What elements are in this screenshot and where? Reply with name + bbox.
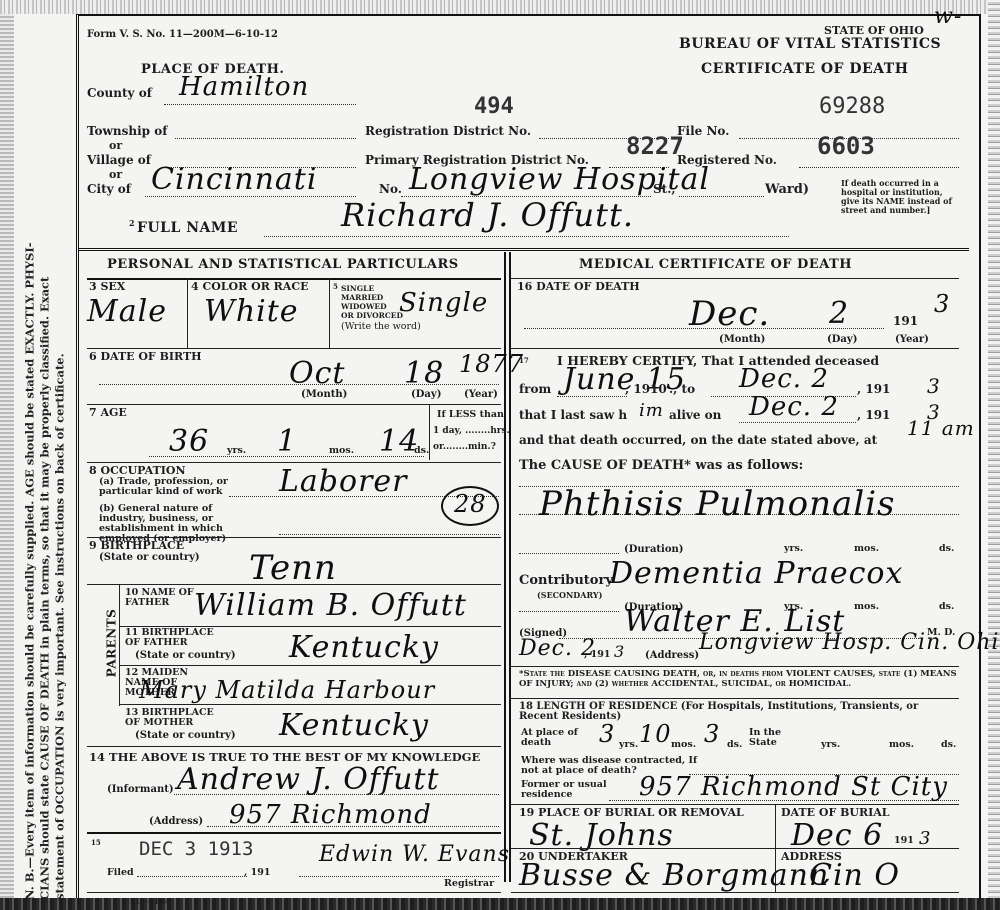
informant-address-value: 957 Richmond: [229, 800, 432, 830]
at-place-label: At place of death: [521, 728, 581, 748]
physician-address-label: (Address): [645, 650, 699, 661]
age-years: 36: [169, 424, 209, 459]
sex-value: Male: [87, 294, 167, 329]
mother-birthplace-hint: (State or country): [135, 730, 236, 741]
marital-hint: (Write the word): [341, 321, 421, 332]
dod-year-caption: (Year): [895, 334, 929, 345]
occupation-code: 28: [454, 490, 487, 518]
undertaker-address-value: Cin O: [809, 858, 900, 893]
less-than-line-2: 1 day, ........hrs.: [433, 426, 510, 436]
mother-birthplace-value: Kentucky: [279, 708, 429, 743]
age-mos-unit: mos.: [329, 446, 354, 456]
age-yrs-unit: yrs.: [227, 446, 246, 456]
informant-value: Andrew J. Offutt: [177, 762, 440, 797]
full-name-label: FULL NAME: [137, 220, 238, 236]
res-mos-unit: mos.: [671, 740, 696, 750]
father-birthplace-label: 11 BIRTHPLACE OF FATHER: [125, 628, 215, 648]
to-label: ., to: [669, 382, 695, 396]
physician-address-value: Longview Hosp. Cin. Ohio: [699, 630, 1000, 655]
alive-on-label: alive on: [669, 408, 721, 422]
res-years: 3: [599, 720, 615, 748]
full-name-number: 2: [129, 218, 135, 228]
filed-stamp: DEC 3 1913: [139, 838, 253, 860]
former-residence-label: Former or usual residence: [521, 780, 616, 800]
registered-no-value: 6603: [817, 132, 875, 160]
dob-day: 18: [404, 356, 444, 391]
from-year: , 1910: [625, 382, 667, 396]
dod-day-caption: (Day): [827, 334, 857, 345]
contributory-label: Contributory: [519, 573, 613, 588]
birthplace-value: Tenn: [249, 548, 337, 588]
cause-heading: The CAUSE OF DEATH* was as follows:: [519, 458, 803, 473]
street-no-label: No.: [379, 182, 402, 196]
village-label: Village of: [87, 153, 151, 167]
registration-district-value: 494: [474, 94, 514, 119]
death-certificate-form: Form V. S. No. 11—200M—6-10-12 STATE OF …: [76, 14, 981, 898]
dob-label: 6 DATE OF BIRTH: [89, 350, 202, 363]
footnote: *State the DISEASE CAUSING DEATH, or, in…: [519, 669, 959, 689]
scan-noise-right: [988, 0, 1000, 910]
hospital-note: If death occurred in a hospital or insti…: [841, 179, 956, 215]
occupation-a-label: (a) Trade, profession, or particular kin…: [99, 477, 249, 497]
dod-label: 16 DATE OF DEATH: [517, 280, 640, 293]
dod-day: 2: [829, 296, 849, 331]
dob-month: Oct: [289, 356, 345, 391]
dob-year: 1877: [459, 350, 524, 378]
undertaker-value: Busse & Borgmann: [519, 858, 829, 893]
dob-day-caption: (Day): [411, 389, 441, 400]
state-yrs-unit: yrs.: [821, 740, 840, 750]
ward-label: Ward): [765, 182, 809, 197]
mother-birthplace-label: 13 BIRTHPLACE OF MOTHER: [125, 708, 215, 728]
filed-label: Filed: [107, 868, 134, 878]
township-label: Township of: [87, 124, 167, 138]
scan-noise-left: [0, 14, 14, 898]
cause-ds: ds.: [939, 544, 954, 554]
last-saw-label: that I last saw h: [519, 408, 627, 422]
full-name-value: Richard J. Offutt.: [341, 196, 634, 234]
certify-number: 17: [519, 356, 529, 366]
to-year-suffix: 3: [927, 374, 941, 398]
occupation-value: Laborer: [279, 464, 408, 499]
dob-month-caption: (Month): [301, 389, 347, 400]
alive-on-value: Dec. 2: [749, 392, 839, 422]
scan-noise-top: [0, 0, 1000, 14]
race-label: 4 COLOR OR RACE: [191, 280, 308, 293]
marital-value: Single: [399, 288, 488, 318]
county-value: Hamilton: [179, 72, 309, 102]
parents-label: PARENTS: [104, 609, 118, 678]
contributory-value: Dementia Praecox: [609, 556, 903, 591]
contributory-mos: mos.: [854, 602, 879, 612]
margin-instructions: N. B.—Every item of information should b…: [14, 60, 76, 900]
dod-year-suffix: 3: [934, 290, 950, 318]
dod-year-prefix: 191: [893, 314, 918, 328]
or-2: or: [109, 168, 122, 181]
cause-mos: mos.: [854, 544, 879, 554]
less-than-line-3: or........min.?: [433, 442, 496, 452]
file-no-label: File No.: [677, 124, 729, 138]
less-than-line-1: If LESS than: [437, 410, 504, 420]
age-ds-unit: ds.: [414, 446, 429, 456]
mother-name-value: Mary Matilda Harbour: [139, 676, 435, 704]
age-label: 7 AGE: [89, 406, 127, 419]
birthplace-label: 9 BIRTHPLACE: [89, 539, 184, 552]
to-year: , 191: [857, 382, 890, 396]
birthplace-hint: (State or country): [99, 552, 200, 563]
age-months: 1: [277, 424, 297, 459]
file-no-value: 69288: [819, 94, 885, 119]
personal-heading: PERSONAL AND STATISTICAL PARTICULARS: [107, 257, 459, 272]
city-value: Cincinnati: [151, 162, 317, 197]
margin-line-1: N. B.—Every item of information should b…: [23, 60, 38, 900]
occupation-b-label: (b) General nature of industry, business…: [99, 504, 259, 544]
father-birthplace-hint: (State or country): [135, 650, 236, 661]
former-residence-value: 957 Richmond St City: [639, 772, 948, 802]
sex-label: 3 SEX: [89, 280, 125, 293]
contributory-ds: ds.: [939, 602, 954, 612]
dod-month-caption: (Month): [719, 334, 765, 345]
cause-duration-label: (Duration): [624, 544, 684, 555]
father-name-label: 10 NAME OF FATHER: [125, 588, 195, 608]
race-value: White: [204, 294, 299, 329]
primary-district-value: 8227: [626, 132, 684, 160]
father-birthplace-value: Kentucky: [289, 630, 439, 665]
dod-month: Dec.: [689, 294, 770, 334]
secondary-label: (SECONDARY): [537, 590, 602, 600]
county-label: County of: [87, 86, 152, 100]
corner-mark: w-: [934, 4, 962, 29]
father-name-value: William B. Offutt: [194, 588, 467, 623]
cause-value: Phthisis Pulmonalis: [539, 484, 896, 524]
filed-year-prefix: , 191: [244, 868, 270, 878]
bureau-title: BUREAU OF VITAL STATISTICS: [679, 36, 941, 52]
footer-code: 11—3184: [129, 896, 170, 906]
registration-district-label: Registration District No.: [365, 124, 531, 138]
medical-heading: MEDICAL CERTIFICATE OF DEATH: [579, 257, 852, 272]
last-saw-pronoun: im: [639, 400, 664, 421]
state-mos-unit: mos.: [889, 740, 914, 750]
marital-options: SINGLE MARRIED WIDOWED OR DIVORCED: [341, 284, 403, 320]
registrar-label: Registrar: [444, 879, 494, 889]
burial-year: 191: [894, 836, 914, 846]
marital-number: 5: [333, 282, 338, 292]
state-ds-unit: ds.: [941, 740, 956, 750]
form-number: Form V. S. No. 11—200M—6-10-12: [87, 30, 278, 40]
residence-heading: 18 LENGTH OF RESIDENCE (For Hospitals, I…: [519, 702, 959, 722]
alive-year: , 191: [857, 408, 890, 422]
from-label: from: [519, 382, 551, 396]
res-yrs-unit: yrs.: [619, 740, 638, 750]
registrar-signature: Edwin W. Evans: [319, 842, 510, 867]
margin-line-2: CIANS should state CAUSE OF DEATH in pla…: [38, 60, 53, 900]
dob-year-caption: (Year): [464, 389, 498, 400]
death-time-value: 11 am: [907, 416, 975, 440]
attended-to: Dec. 2: [739, 364, 829, 394]
street-suffix: St.,: [653, 182, 676, 196]
signed-year-suffix: 3: [614, 642, 625, 661]
res-ds-unit: ds.: [727, 740, 742, 750]
informant-label: (Informant): [107, 784, 174, 795]
in-state-label: In the State: [749, 728, 789, 748]
margin-line-3: statement of OCCUPATION is very importan…: [53, 60, 68, 900]
city-label: City of: [87, 182, 131, 196]
burial-year-suffix: 3: [919, 828, 931, 849]
signed-year: , 191: [584, 650, 610, 660]
filed-number: 15: [91, 838, 101, 848]
address-label: (Address): [149, 816, 203, 827]
res-days: 3: [704, 720, 720, 748]
or-1: or: [109, 139, 122, 152]
certificate-title: CERTIFICATE OF DEATH: [701, 61, 908, 77]
death-time-text: and that death occurred, on the date sta…: [519, 433, 877, 447]
cause-yrs: yrs.: [784, 544, 803, 554]
res-months: 10: [639, 720, 672, 748]
